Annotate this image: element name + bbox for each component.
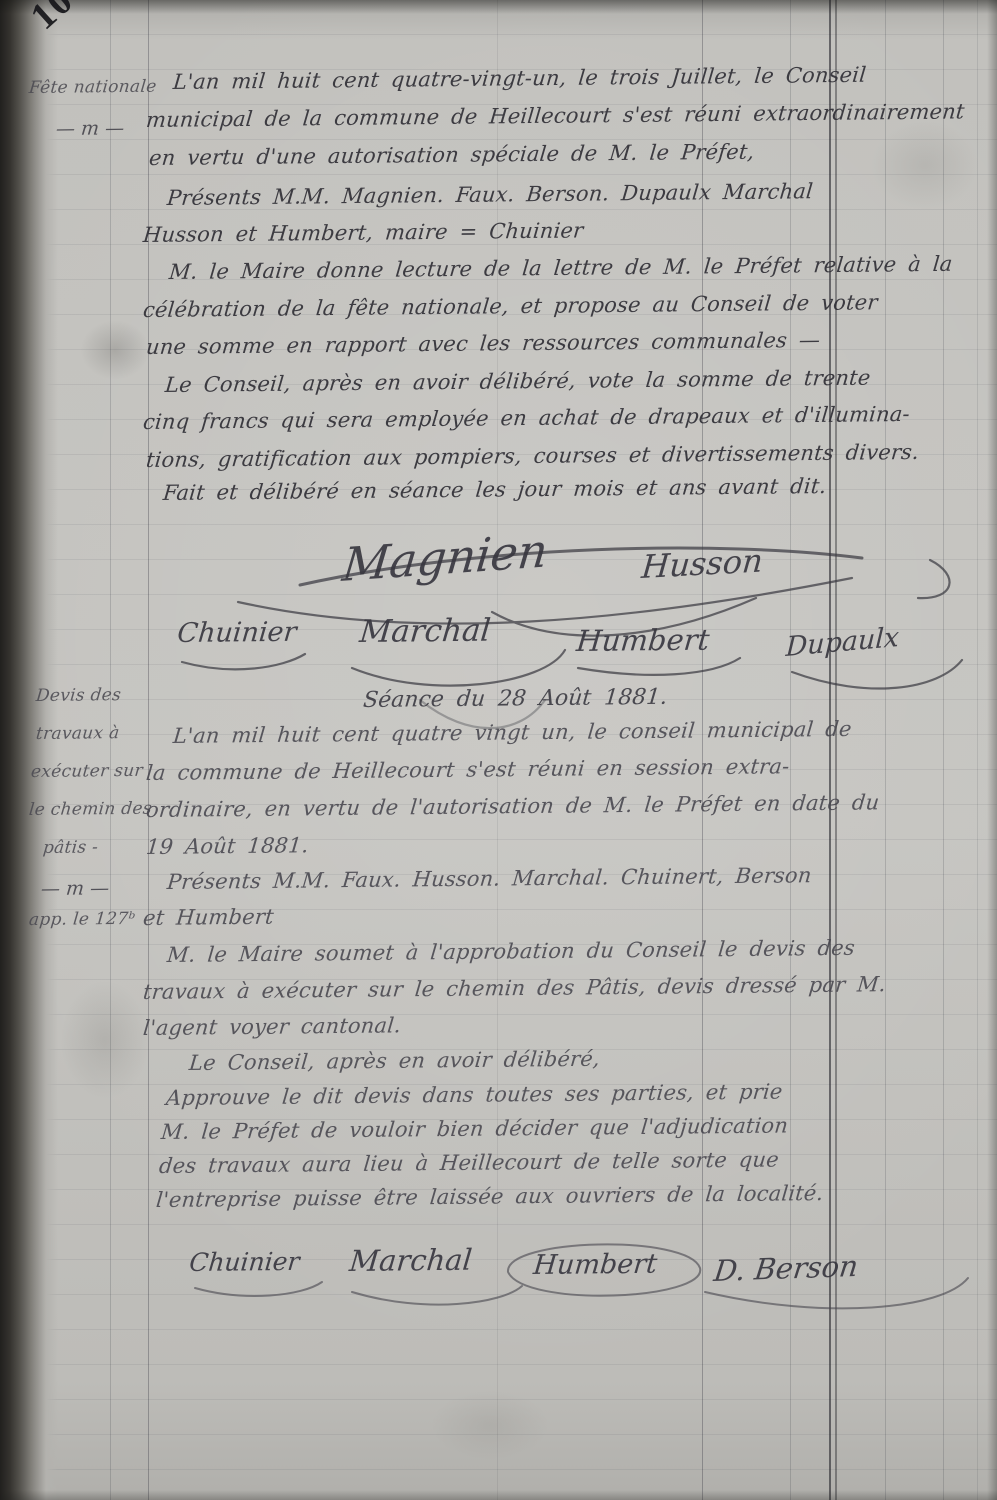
manuscript-line: Husson et Humbert, maire = Chuinier [142,218,585,247]
manuscript-line: et Humbert [142,905,275,930]
signature-husson: Husson [640,541,764,586]
manuscript-line: 19 Août 1881. [145,833,310,859]
session-heading: Séance du 28 Août 1881. [362,685,668,713]
margin-note-devis-line: exécuter sur [30,761,144,782]
margin-note-devis-line: le chemin des [28,799,153,820]
scan-edge-right [987,0,997,1500]
margin-separator: — m — [40,877,110,900]
manuscript-line: Le Conseil, après en avoir délibéré, [188,1047,601,1075]
signature-berson: D. Berson [712,1249,860,1288]
signature-marchal: Marchal [358,613,492,650]
right-column-rule-2 [943,0,944,1500]
signature-humbert: Humbert [532,1249,658,1281]
signature-marchal: Marchal [348,1243,474,1278]
register-page-scan: 106 Fête nationale — m — L'an mil huit c… [0,0,997,1500]
signature-chuinier: Chuinier [176,617,298,649]
fold-crease-line [702,0,703,1500]
book-binding-gutter [0,0,58,1500]
margin-note-devis-line: Devis des [35,685,122,706]
signature-chuinier: Chuinier [188,1247,301,1277]
right-column-rule-1 [885,0,886,1500]
margin-note-devis-line: travaux à [35,723,120,744]
margin-reference-note: app. le 127ᵇ [28,909,136,930]
signature-humbert: Humbert [575,623,711,658]
scan-edge-bottom [0,1490,997,1500]
scan-edge-top [0,0,997,14]
margin-rule-left [110,0,111,1500]
manuscript-line: l'agent voyer cantonal. [142,1013,402,1040]
margin-note-devis-line: pâtis - [42,837,99,858]
margin-note-fete-nationale: Fête nationale [28,77,157,98]
margin-separator: — m — [55,117,125,140]
right-column-rule-3 [977,0,978,1500]
